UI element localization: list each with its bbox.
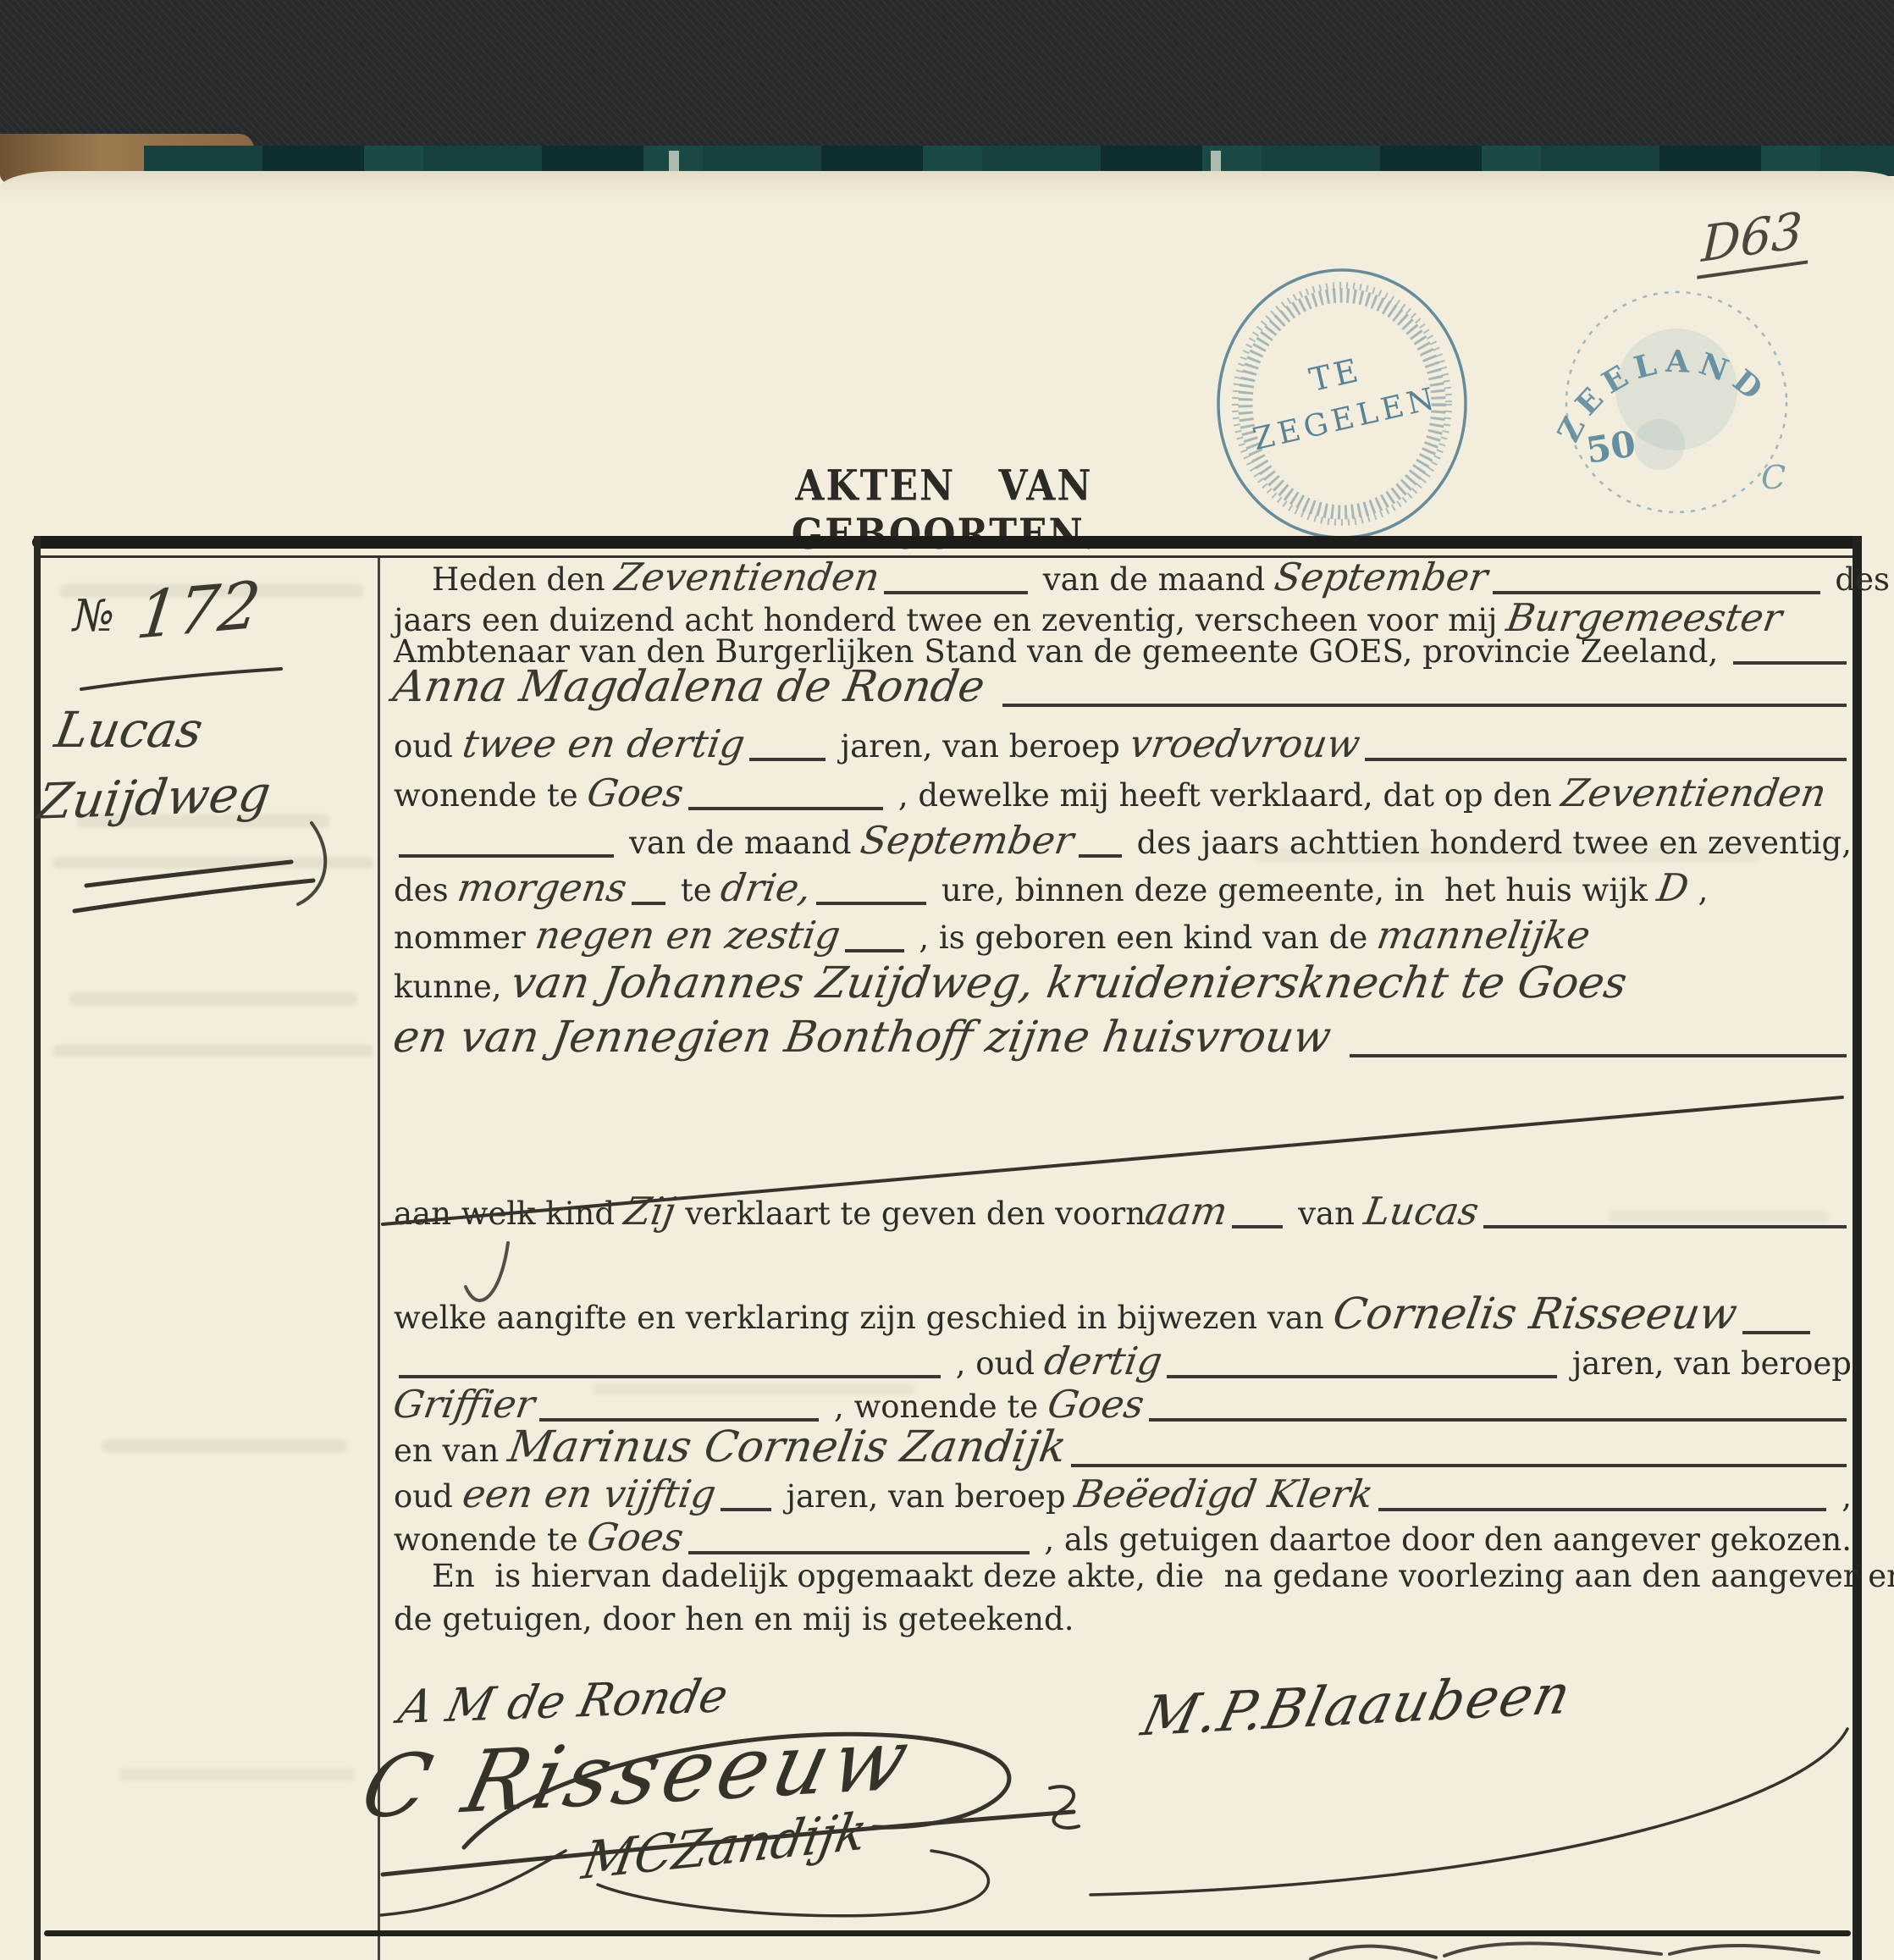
- bleedthrough-mark: [52, 857, 374, 869]
- scanner-background: [0, 0, 1894, 151]
- blank-rule: [1350, 1054, 1847, 1057]
- handwritten-text: aam: [1142, 1189, 1231, 1234]
- svg-text:50: 50: [1583, 422, 1638, 472]
- blank-rule: [399, 854, 614, 858]
- act-number-label: №: [73, 591, 114, 642]
- handwritten-text: twee en dertig: [459, 721, 748, 766]
- body-line: aan welk kind Zij verklaart te geven den…: [394, 1189, 1852, 1234]
- blank-rule: [1079, 854, 1122, 858]
- blank-rule: [632, 902, 665, 905]
- body-line: des morgens te drie, ure, binnen deze ge…: [394, 865, 1852, 910]
- printed-text: aan welk kind: [394, 1195, 625, 1232]
- svg-text:TE: TE: [1306, 351, 1364, 400]
- blank-rule: [688, 1551, 1029, 1554]
- table-border-right: [1853, 536, 1862, 1960]
- table-border-left: [34, 536, 41, 1960]
- printed-text: nommer: [394, 919, 536, 956]
- handwritten-text: Goes: [1045, 1382, 1147, 1427]
- blank-rule: [1742, 1331, 1810, 1334]
- printed-text: wonende te: [394, 777, 588, 814]
- body-line: wonende te Goes , dewelke mij heeft verk…: [394, 770, 1852, 815]
- blank-rule: [1493, 591, 1820, 594]
- blank-rule: [721, 1508, 771, 1511]
- handwritten-text: Zeventienden: [611, 555, 882, 599]
- printed-text: , dewelke mij heeft verklaard, dat op de…: [888, 777, 1561, 814]
- printed-text: ure, binnen deze gemeente, in het huis w…: [931, 872, 1658, 908]
- blank-rule: [1365, 758, 1847, 761]
- zeeland-stamp: ZEELAND 50 C: [1550, 292, 1786, 512]
- binding-specks: [406, 151, 1592, 171]
- handwritten-text: Beëedigd Klerk: [1072, 1471, 1377, 1516]
- printed-text: , oud: [946, 1345, 1045, 1382]
- body-line: de getuigen, door hen en mij is geteeken…: [394, 1601, 1852, 1637]
- handwritten-text: mannelijke: [1374, 913, 1593, 958]
- printed-text: ,: [1688, 872, 1709, 908]
- blank-rule: [749, 758, 826, 761]
- blank-rule: [816, 902, 926, 905]
- printed-text: welke aangifte en verklaring zijn geschi…: [394, 1300, 1334, 1336]
- handwritten-text: Goes: [584, 1515, 687, 1560]
- blank-rule: [1483, 1225, 1847, 1228]
- handwritten-text: een en vijftig: [459, 1471, 719, 1516]
- printed-text: jaren, van beroep: [1562, 1345, 1852, 1382]
- printed-text: En is hiervan dadelijk opgemaakt deze ak…: [432, 1558, 1894, 1594]
- handwritten-text: D: [1654, 865, 1692, 910]
- printed-text: wonende te: [394, 1521, 588, 1558]
- body-line: Griffier , wonende te Goes: [394, 1382, 1852, 1427]
- blank-rule: [1071, 1464, 1847, 1467]
- blank-rule: [1378, 1508, 1827, 1511]
- scanned-birth-record: D63 TE ZEGELEN ZEELAND 50 C AKTEN VAN GE…: [0, 0, 1894, 1960]
- handwritten-text: September: [1272, 555, 1491, 599]
- body-line: , oud dertig jaren, van beroep: [394, 1339, 1852, 1383]
- printed-text: , is geboren een kind van de: [909, 919, 1378, 956]
- body-line: wonende te Goes , als getuigen daartoe d…: [394, 1515, 1852, 1560]
- handwritten-text: drie,: [718, 865, 814, 910]
- body-line: kunne, van Johannes Zuijdweg, kruidenier…: [394, 958, 1852, 1008]
- handwritten-text: Anna Magdalena de Ronde: [389, 662, 1002, 712]
- printed-text: ,: [1831, 1478, 1852, 1515]
- printed-text: kunne,: [394, 969, 511, 1005]
- handwritten-text: vroedvrouw: [1126, 721, 1362, 766]
- printed-text: de getuigen, door hen en mij is geteeken…: [394, 1601, 1074, 1637]
- blank-rule: [1232, 1225, 1283, 1228]
- handwritten-text: Cornelis Risseeuw: [1330, 1289, 1741, 1339]
- body-line: oud een en vijftig jaren, van beroep Beë…: [394, 1471, 1852, 1516]
- blank-rule: [1149, 1418, 1847, 1422]
- body-line: nommer negen en zestig , is geboren een …: [394, 913, 1852, 958]
- blank-rule: [1167, 1375, 1557, 1378]
- body-line: en van Jennegien Bonthoff zijne huisvrou…: [394, 1013, 1852, 1063]
- svg-text:ZEGELEN: ZEGELEN: [1250, 381, 1442, 457]
- printed-text: Heden den: [432, 561, 616, 598]
- printed-text: van de maand: [1033, 561, 1275, 598]
- printed-text: oud: [394, 1478, 463, 1515]
- blank-rule: [1002, 704, 1847, 707]
- table-bottom-rule: [44, 1930, 1851, 1936]
- bleedthrough-mark: [102, 1439, 347, 1453]
- handwritten-text: September: [858, 818, 1077, 863]
- blank-rule: [399, 1375, 941, 1378]
- printed-text: van de maand: [619, 825, 861, 861]
- blank-rule: [688, 807, 883, 810]
- child-name-first: Lucas: [51, 701, 207, 759]
- printed-text: des: [394, 872, 458, 908]
- te-zegelen-stamp-text: TE ZEGELEN: [1240, 335, 1442, 457]
- blank-rule: [539, 1418, 819, 1422]
- body-line: En is hiervan dadelijk opgemaakt deze ak…: [394, 1558, 1890, 1594]
- handwritten-text: Griffier: [390, 1382, 538, 1427]
- printed-text: , wonende te: [824, 1389, 1048, 1425]
- printed-text: en van: [394, 1433, 509, 1469]
- body-line: Heden den Zeventienden van de maand Sept…: [394, 555, 1890, 599]
- printed-text: des: [1825, 561, 1890, 598]
- handwritten-text: Marinus Cornelis Zandijk: [505, 1422, 1069, 1472]
- child-name-last: Zuijdweg: [34, 765, 274, 830]
- handwritten-text: Goes: [584, 770, 687, 815]
- bleedthrough-mark: [69, 992, 357, 1006]
- bleedthrough-mark: [52, 1045, 374, 1057]
- body-line: oud twee en dertig jaren, van beroep vro…: [394, 721, 1852, 766]
- printed-text: verklaart te geven den voorn: [675, 1195, 1146, 1232]
- handwritten-text: van Johannes Zuijdweg, kruideniersknecht…: [508, 958, 1631, 1008]
- blank-rule: [884, 591, 1028, 594]
- handwritten-text: Lucas: [1361, 1189, 1481, 1234]
- body-line: en van Marinus Cornelis Zandijk: [394, 1422, 1852, 1472]
- printed-text: oud: [394, 728, 463, 765]
- bleedthrough-mark: [119, 1768, 356, 1781]
- act-number: 172: [133, 566, 265, 654]
- table-border-top: [32, 536, 1859, 549]
- printed-text: des jaars achttien honderd twee en zeven…: [1127, 825, 1852, 861]
- printed-text: van: [1288, 1195, 1364, 1232]
- printed-text: te: [671, 872, 721, 908]
- handwritten-text: dertig: [1041, 1339, 1166, 1383]
- body-line: Anna Magdalena de Ronde: [394, 662, 1852, 712]
- printed-text: jaren, van beroep: [831, 728, 1130, 765]
- printed-text: jaren, van beroep: [776, 1478, 1076, 1515]
- handwritten-text: negen en zestig: [532, 913, 842, 958]
- printed-text: , als getuigen daartoe door den aangever…: [1035, 1521, 1852, 1558]
- svg-text:C: C: [1761, 459, 1786, 496]
- handwritten-text: morgens: [455, 865, 630, 910]
- body-line: van de maand September des jaars achttie…: [394, 818, 1852, 863]
- handwritten-text: Zeventienden: [1558, 770, 1829, 815]
- blank-rule: [845, 949, 904, 952]
- handwritten-text: Zij: [621, 1189, 679, 1234]
- body-line: welke aangifte en verklaring zijn geschi…: [394, 1289, 1852, 1339]
- handwritten-text: en van Jennegien Bonthoff zijne huisvrou…: [389, 1013, 1348, 1063]
